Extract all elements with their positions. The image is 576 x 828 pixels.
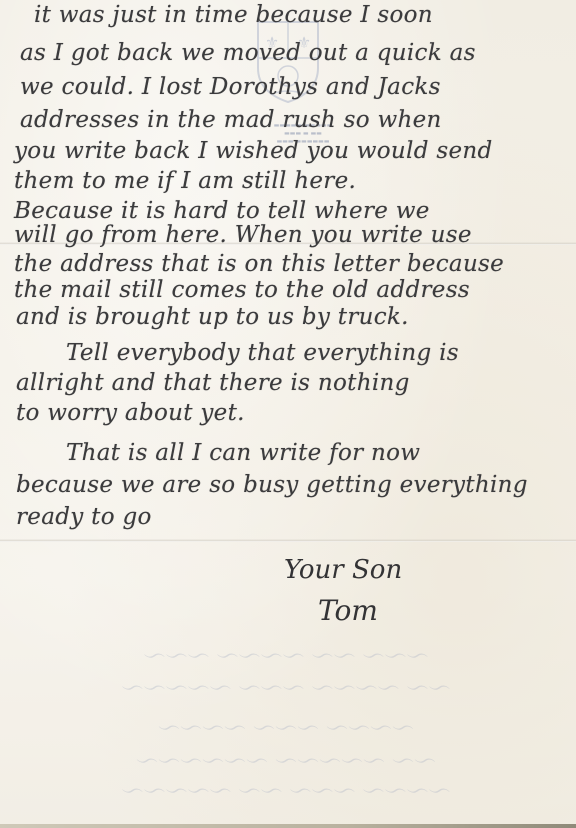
reverse-side-showthrough: ～～～～ ～～～ ～～～～ bbox=[0, 712, 576, 743]
letter-line: That is all I can write for now bbox=[66, 440, 420, 466]
letter-line: because we are so busy getting everythin… bbox=[16, 472, 528, 498]
letter-line: the address that is on this letter becau… bbox=[14, 251, 504, 277]
letter-line: Tell everybody that everything is bbox=[66, 340, 459, 366]
letter-line: it was just in time because I soon bbox=[34, 2, 433, 28]
valediction: Your Son bbox=[284, 555, 402, 585]
reverse-side-showthrough: ～～ ～～～～～ ～～～～～～ bbox=[0, 745, 576, 776]
letter-line: the mail still comes to the old address bbox=[14, 277, 470, 303]
reverse-side-showthrough: ～～～ ～～ ～～～～ ～～～ bbox=[0, 640, 576, 671]
paper-edge bbox=[0, 824, 576, 828]
letter-line: will go from here. When you write use bbox=[14, 222, 472, 248]
letter-line: and is brought up to us by truck. bbox=[16, 304, 409, 330]
letter-line: as I got back we moved out a quick as bbox=[20, 40, 476, 66]
letter-line: ready to go bbox=[16, 504, 152, 530]
letter-line: addresses in the mad rush so when bbox=[20, 107, 442, 133]
fold-line bbox=[0, 539, 576, 542]
letter-line: allright and that there is nothing bbox=[16, 370, 410, 396]
reverse-side-showthrough: ～～～～ ～～～ ～～ ～～～～～ bbox=[0, 775, 576, 806]
reverse-side-showthrough: ～～ ～～～～ ～～～ ～～～～～ bbox=[0, 672, 576, 703]
letter-line: them to me if I am still here. bbox=[14, 168, 356, 194]
letter-line: to worry about yet. bbox=[16, 400, 245, 426]
letter-line: Because it is hard to tell where we bbox=[14, 198, 430, 224]
letter-line: we could. I lost Dorothys and Jacks bbox=[20, 74, 441, 100]
letter-page: ⚜ ⚜ ▬▬▬▬▬ ▬▬▬▬▬ ▬▬ ▬ ▬▬▬ ▬▬▬▬▬▬ ▬▬▬ it w… bbox=[0, 0, 576, 828]
signature: Tom bbox=[318, 594, 378, 627]
letter-line: you write back I wished you would send bbox=[14, 138, 493, 164]
